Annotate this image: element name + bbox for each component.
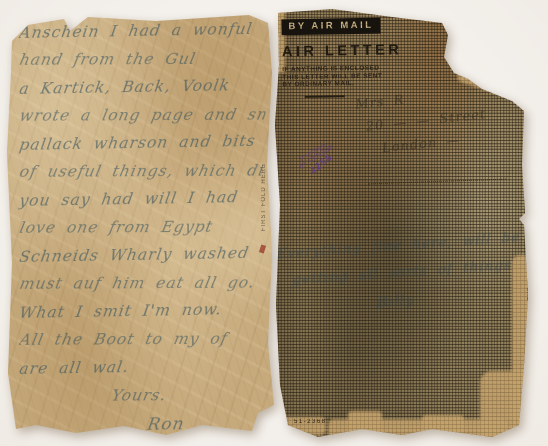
handwriting-line: What I smit I'm now. [16, 300, 266, 332]
handwriting-line: All the Boot to my of [16, 329, 267, 358]
fold-instruction-left: FIRST FOLD HERE [261, 163, 267, 231]
enclosure-notice: IF ANYTHING IS ENCLOSED THIS LETTER WILL… [282, 64, 432, 89]
handwriting-line: hand from the Gul [16, 49, 267, 78]
handwritten-message: Everything fine here, will be getting al… [275, 230, 524, 328]
handwriting-line: Schneids Wharly washed [16, 244, 266, 276]
signature: Ron [145, 413, 267, 443]
left-page-wrapper: Anschein I had a wonful hand from the Gu… [6, 13, 276, 438]
handwriting-line: a Kartick, Back, Voolk [16, 76, 266, 108]
printer-imprint: 51-2368 [294, 419, 327, 425]
fold-instruction-right: SECOND FOLD HERE [525, 229, 531, 302]
air-letter-title: AIR LETTER [282, 42, 432, 61]
scanned-letter-background: Anschein I had a wonful hand from the Gu… [0, 0, 548, 446]
worn-patch [348, 411, 382, 441]
handwriting-line: love one from Egypt [16, 217, 267, 246]
handwritten-address: Mrs R 20 — — Street London — [355, 84, 490, 166]
right-letter-page: BY AIR MAIL AIR LETTER IF ANYTHING IS EN… [272, 5, 538, 441]
notice-line: BY ORDINARY MAIL. [282, 79, 432, 89]
closing-line: Yours. [108, 386, 267, 415]
printed-form-header: BY AIR MAIL AIR LETTER IF ANYTHING IS EN… [281, 14, 432, 98]
handwriting-line: are all wal. [16, 356, 266, 388]
left-letter-page: Anschein I had a wonful hand from the Gu… [6, 13, 276, 438]
by-air-mail-bar: BY AIR MAIL [281, 18, 380, 36]
handwriting-line: Anschein I had a wonful [16, 20, 266, 52]
handwriting-line: must auf him eat all go. [16, 273, 267, 302]
handwriting-line: you say had will I had [16, 188, 266, 220]
handwriting-line: of useful things, which did [16, 161, 267, 190]
worn-patch [422, 415, 464, 441]
handwriting-line: wrote a long page and smack [16, 105, 267, 134]
handwriting-line: pallack wharson and bits [16, 132, 266, 164]
right-page-wrapper: BY AIR MAIL AIR LETTER IF ANYTHING IS EN… [272, 5, 538, 441]
handwritten-letter-body: Anschein I had a wonful hand from the Gu… [19, 22, 264, 430]
